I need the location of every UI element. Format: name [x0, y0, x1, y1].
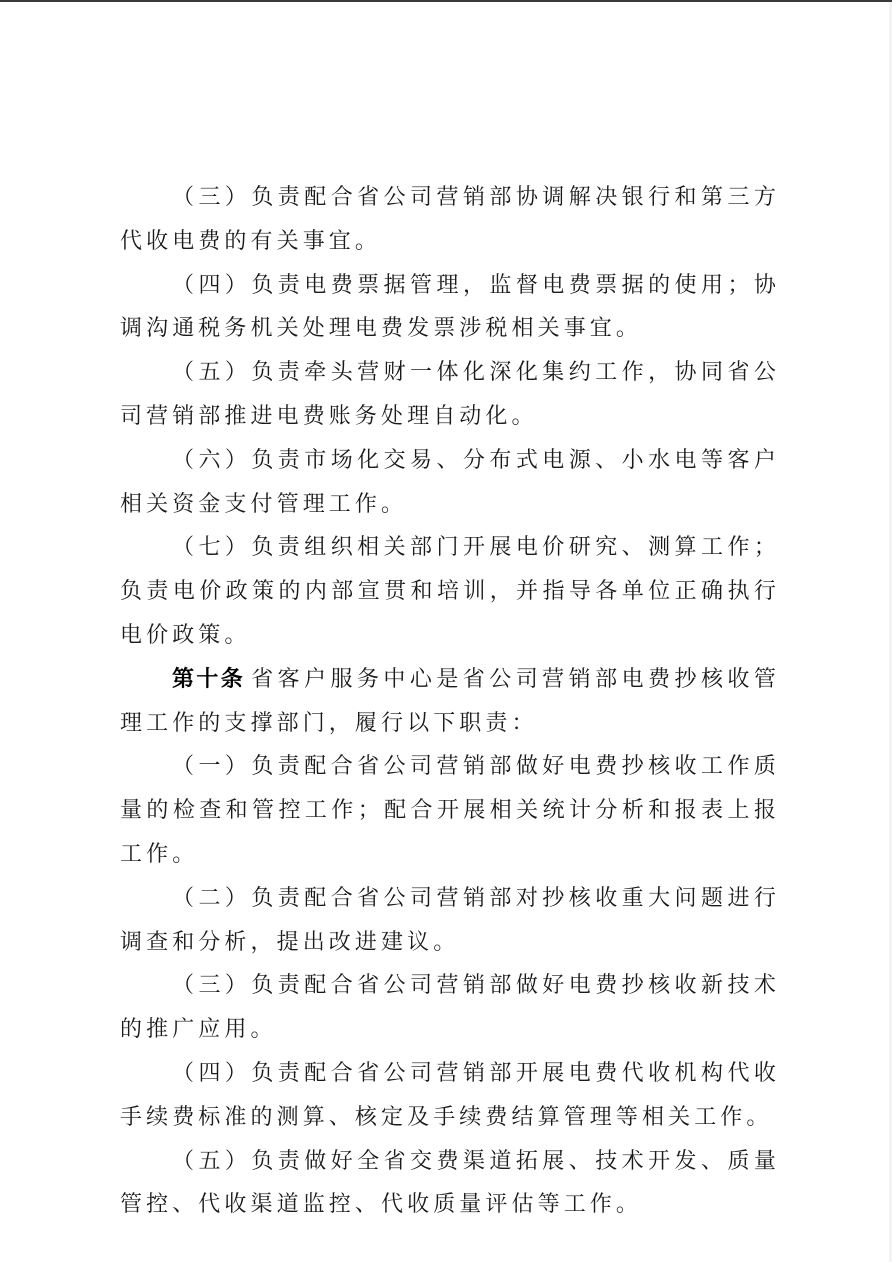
article-item-2: （二）负责配合省公司营销部对抄核收重大问题进行调查和分析，提出改进建议。 — [120, 877, 780, 965]
paragraph-item-7: （七）负责组织相关部门开展电价研究、测算工作；负责电价政策的内部宣贯和培训，并指… — [120, 526, 780, 657]
article-heading: 第十条 — [172, 666, 245, 692]
article-item-4: （四）负责配合省公司营销部开展电费代收机构代收手续费标准的测算、核定及手续费结算… — [120, 1052, 780, 1140]
paragraph-item-5: （五）负责牵头营财一体化深化集约工作，协同省公司营销部推进电费账务处理自动化。 — [120, 351, 780, 439]
article-item-3: （三）负责配合省公司营销部做好电费抄核收新技术的推广应用。 — [120, 964, 780, 1052]
page-top-border — [0, 0, 892, 2]
paragraph-item-6: （六）负责市场化交易、分布式电源、小水电等客户相关资金支付管理工作。 — [120, 439, 780, 527]
paragraph-item-3: （三）负责配合省公司营销部协调解决银行和第三方代收电费的有关事宜。 — [120, 176, 780, 264]
article-10-paragraph: 第十条省客户服务中心是省公司营销部电费抄核收管理工作的支撑部门，履行以下职责： — [120, 658, 780, 746]
document-page-body: （三）负责配合省公司营销部协调解决银行和第三方代收电费的有关事宜。 （四）负责电… — [120, 176, 780, 1227]
paragraph-item-4: （四）负责电费票据管理，监督电费票据的使用；协调沟通税务机关处理电费发票涉税相关… — [120, 264, 780, 352]
article-item-5: （五）负责做好全省交费渠道拓展、技术开发、质量管控、代收渠道监控、代收质量评估等… — [120, 1140, 780, 1228]
article-item-1: （一）负责配合省公司营销部做好电费抄核收工作质量的检查和管控工作；配合开展相关统… — [120, 745, 780, 876]
